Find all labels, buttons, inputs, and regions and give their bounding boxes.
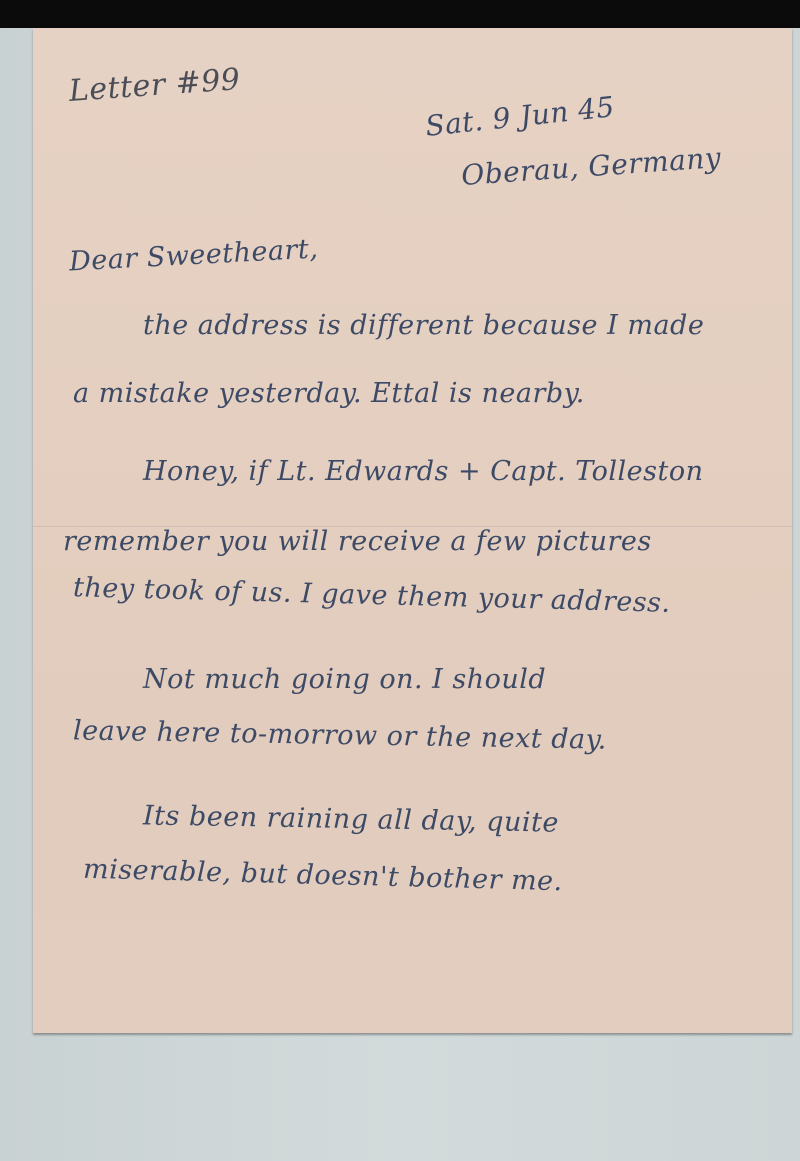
salutation: Dear Sweetheart, <box>68 233 319 277</box>
body-line: Not much going on. I should <box>143 664 546 695</box>
body-line: a mistake yesterday. Ettal is nearby. <box>73 378 585 409</box>
body-line: Its been raining all day, quite <box>143 800 559 838</box>
body-line: miserable, but doesn't bother me. <box>83 854 563 898</box>
letter-date: Sat. 9 Jun 45 <box>424 90 616 143</box>
scanner-top-bar <box>0 0 800 28</box>
body-line: they took of us. I gave them your addres… <box>73 572 671 619</box>
body-line: the address is different because I made <box>143 310 704 341</box>
letter-sheet: Letter #99 Sat. 9 Jun 45 Oberau, Germany… <box>33 28 792 1033</box>
letter-number: Letter #99 <box>68 62 242 109</box>
body-line: leave here to-morrow or the next day. <box>73 715 607 755</box>
body-line: remember you will receive a few pictures <box>63 526 652 557</box>
body-line: Honey, if Lt. Edwards + Capt. Tolleston <box>143 456 704 487</box>
letter-place: Oberau, Germany <box>460 141 722 192</box>
